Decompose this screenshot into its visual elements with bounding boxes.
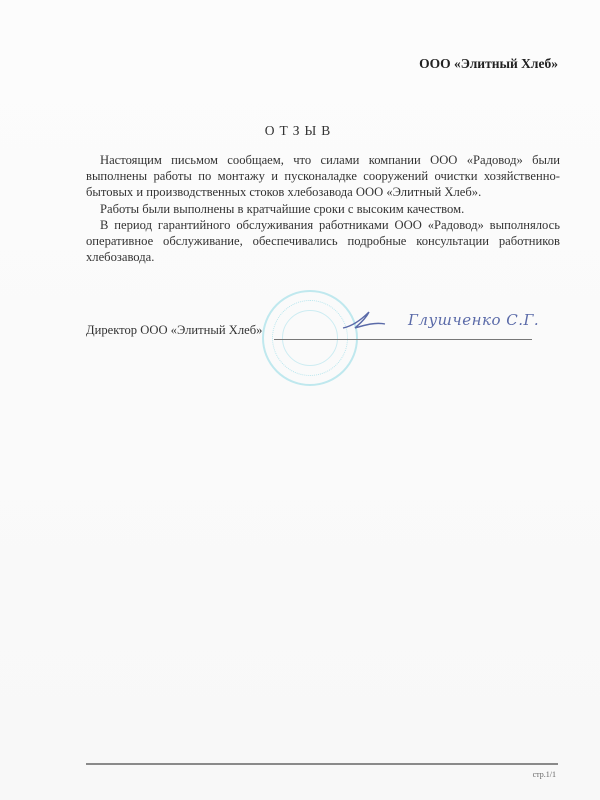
footer-divider xyxy=(86,763,558,765)
document-page: ООО «Элитный Хлеб» ОТЗЫВ Настоящим письм… xyxy=(0,0,600,800)
paragraph: Работы были выполнены в кратчайшие сроки… xyxy=(86,201,560,217)
paragraph: В период гарантийного обслуживания работ… xyxy=(86,217,560,266)
company-header: ООО «Элитный Хлеб» xyxy=(419,56,558,72)
page-number: стр.1/1 xyxy=(533,770,556,779)
document-body: Настоящим письмом сообщаем, что силами к… xyxy=(86,152,560,265)
signature-name: Глушченко С.Г. xyxy=(408,311,539,329)
document-title: ОТЗЫВ xyxy=(0,123,600,139)
signature-line xyxy=(274,339,532,340)
signature-scribble-icon xyxy=(335,308,395,334)
paragraph: Настоящим письмом сообщаем, что силами к… xyxy=(86,152,560,201)
signature-label: Директор ООО «Элитный Хлеб» xyxy=(86,323,262,338)
